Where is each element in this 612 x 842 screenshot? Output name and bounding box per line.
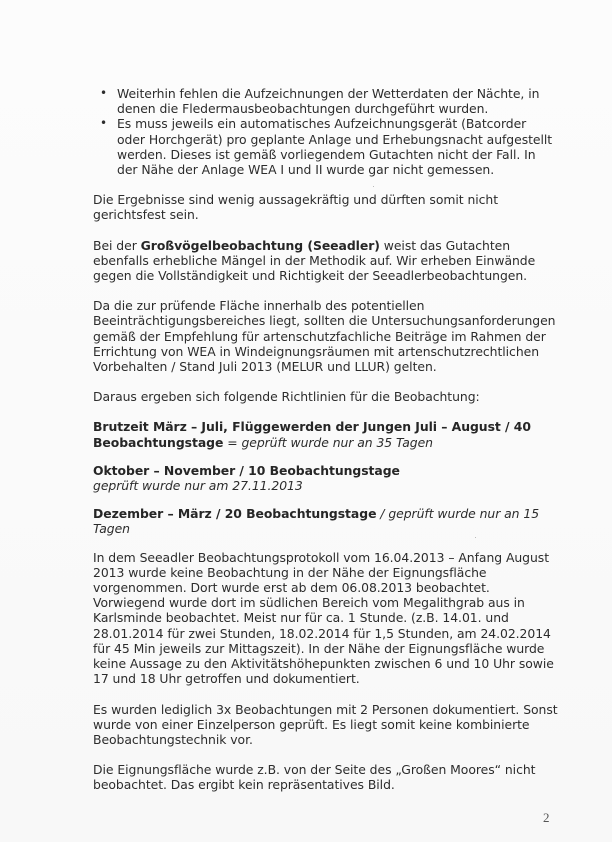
paragraph-guidelines-intro: Daraus ergeben sich folgende Richtlinien… <box>93 389 558 404</box>
bullet-list: • Weiterhin fehlen die Aufzeichnungen de… <box>93 86 558 177</box>
paragraph-persons: Es wurden lediglich 3x Beobachtungen mit… <box>93 702 558 748</box>
scan-speck <box>366 711 367 712</box>
document-page: • Weiterhin fehlen die Aufzeichnungen de… <box>0 0 612 842</box>
birds-bold-term: Großvögelbeobachtung (Seeadler) <box>141 238 380 253</box>
guideline-separator: / <box>376 506 388 521</box>
scan-speck <box>475 537 476 538</box>
paragraph-birds: Bei der Großvögelbeobachtung (Seeadler) … <box>93 238 558 284</box>
bullet-text: Es muss jeweils ein automatisches Aufzei… <box>117 116 552 177</box>
page-number: 2 <box>543 810 550 826</box>
bullet-item: • Weiterhin fehlen die Aufzeichnungen de… <box>117 86 558 116</box>
guideline-period: Dezember – März / 20 Beobachtungstage <box>93 506 376 521</box>
guideline-item: Dezember – März / 20 Beobachtungstage / … <box>93 506 558 536</box>
guideline-check: geprüft wurde nur am 27.11.2013 <box>93 478 303 493</box>
guideline-item: Oktober – November / 10 Beobachtungstage… <box>93 463 558 493</box>
bullet-icon: • <box>100 116 107 131</box>
document-body: • Weiterhin fehlen die Aufzeichnungen de… <box>93 86 558 793</box>
bullet-icon: • <box>100 86 107 101</box>
guideline-separator: = <box>223 435 241 450</box>
bullet-text: Weiterhin fehlen die Aufzeichnungen der … <box>117 86 539 116</box>
paragraph-results: Die Ergebnisse sind wenig aussagekräftig… <box>93 192 558 222</box>
paragraph-protocol: In dem Seeadler Beobachtungsprotokoll vo… <box>93 550 558 687</box>
paragraph-area: Da die zur prüfende Fläche innerhalb des… <box>93 298 558 374</box>
guideline-check: geprüft wurde nur an 35 Tagen <box>241 435 433 450</box>
scan-speck <box>373 186 374 187</box>
paragraph-moor: Die Eignungsfläche wurde z.B. von der Se… <box>93 762 558 792</box>
guideline-item: Brutzeit März – Juli, Flüggewerden der J… <box>93 419 558 449</box>
birds-prefix: Bei der <box>93 238 141 253</box>
guideline-period: Oktober – November / 10 Beobachtungstage <box>93 463 400 478</box>
bullet-item: • Es muss jeweils ein automatisches Aufz… <box>117 116 558 177</box>
